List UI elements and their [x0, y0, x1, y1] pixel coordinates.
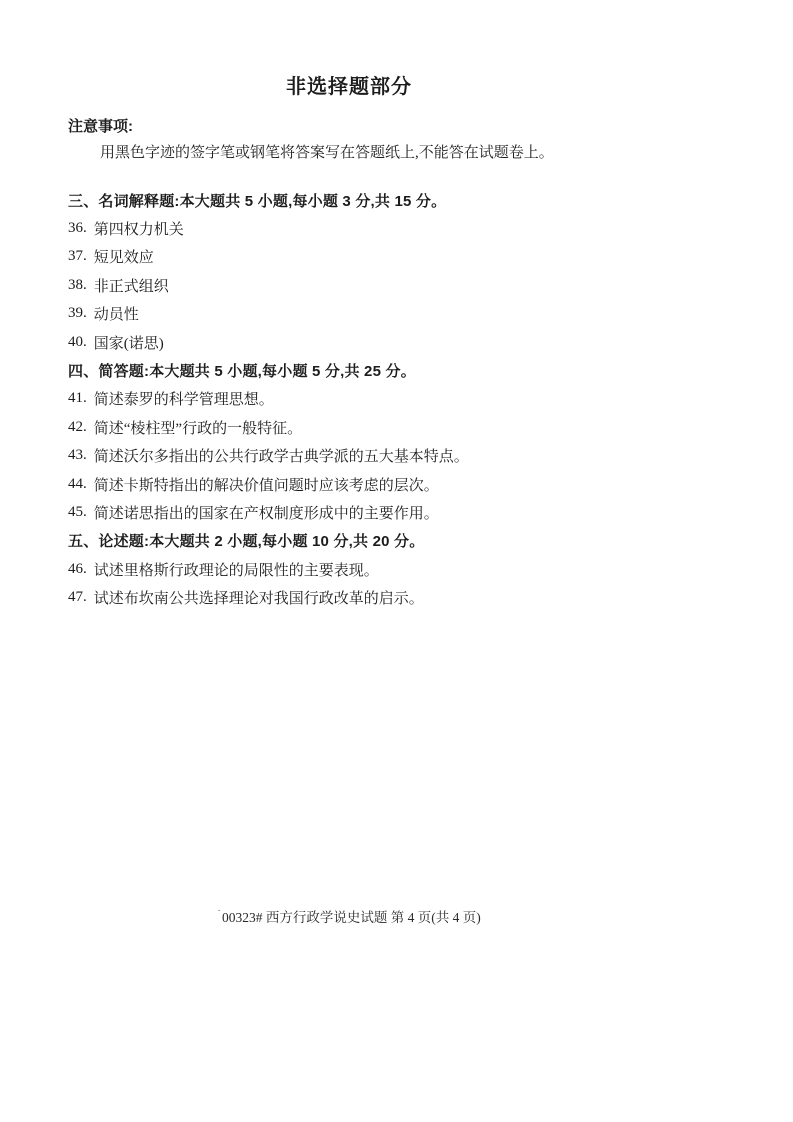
question-sections: 三、名词解释题:本大题共 5 小题,每小题 3 分,共 15 分。 36. 第四…	[68, 186, 630, 612]
question-text: 国家(诺思)	[94, 332, 164, 353]
question-item-40: 40. 国家(诺思)	[68, 328, 630, 356]
question-item-44: 44. 简述卡斯特指出的解决价值问题时应该考虑的层次。	[68, 470, 630, 498]
question-number: 39.	[68, 305, 87, 322]
question-number: 36.	[68, 220, 87, 237]
page-title: 非选择题部分	[68, 74, 630, 100]
question-text: 简述泰罗的科学管理思想。	[94, 388, 274, 409]
question-item-38: 38. 非正式组织	[68, 271, 630, 299]
question-text: 第四权力机关	[94, 218, 184, 239]
question-number: 47.	[68, 589, 87, 606]
question-text: 试述布坎南公共选择理论对我国行政改革的启示。	[94, 587, 424, 608]
notice-body: 用黑色字迹的签字笔或钢笔将答案写在答题纸上,不能答在试题卷上。	[68, 145, 630, 162]
question-item-46: 46. 试述里格斯行政理论的局限性的主要表现。	[68, 555, 630, 583]
question-number: 46.	[68, 561, 87, 578]
question-number: 37.	[68, 248, 87, 265]
question-text: 试述里格斯行政理论的局限性的主要表现。	[94, 559, 379, 580]
question-item-37: 37. 短见效应	[68, 243, 630, 271]
section-heading-5: 五、论述题:本大题共 2 小题,每小题 10 分,共 20 分。	[68, 527, 630, 555]
question-item-43: 43. 简述沃尔多指出的公共行政学古典学派的五大基本特点。	[68, 442, 630, 470]
question-text: 简述沃尔多指出的公共行政学古典学派的五大基本特点。	[94, 445, 469, 466]
question-number: 44.	[68, 476, 87, 493]
question-item-39: 39. 动员性	[68, 300, 630, 328]
question-text: 简述“棱柱型”行政的一般特征。	[94, 417, 302, 438]
question-item-47: 47. 试述布坎南公共选择理论对我国行政改革的启示。	[68, 583, 630, 611]
page-content: 非选择题部分 注意事项: 用黑色字迹的签字笔或钢笔将答案写在答题纸上,不能答在试…	[68, 0, 630, 612]
question-number: 40.	[68, 334, 87, 351]
section-heading-3: 三、名词解释题:本大题共 5 小题,每小题 3 分,共 15 分。	[68, 186, 630, 214]
question-text: 简述诺思指出的国家在产权制度形成中的主要作用。	[94, 502, 439, 523]
footer-text: 00323# 西方行政学说史试题 第 4 页(共 4 页)	[222, 910, 481, 925]
question-number: 43.	[68, 447, 87, 464]
question-text: 动员性	[94, 303, 139, 324]
question-item-42: 42. 简述“棱柱型”行政的一般特征。	[68, 413, 630, 441]
notice-heading: 注意事项:	[68, 118, 630, 135]
question-text: 非正式组织	[94, 275, 169, 296]
question-text: 短见效应	[94, 246, 154, 267]
question-item-45: 45. 简述诺思指出的国家在产权制度形成中的主要作用。	[68, 498, 630, 526]
question-number: 42.	[68, 419, 87, 436]
stray-scan-mark: ˙	[217, 906, 221, 922]
question-item-41: 41. 简述泰罗的科学管理思想。	[68, 385, 630, 413]
page-footer: ˙00323# 西方行政学说史试题 第 4 页(共 4 页)	[68, 906, 630, 926]
section-heading-4: 四、简答题:本大题共 5 小题,每小题 5 分,共 25 分。	[68, 356, 630, 384]
question-number: 38.	[68, 277, 87, 294]
question-number: 41.	[68, 390, 87, 407]
question-text: 简述卡斯特指出的解决价值问题时应该考虑的层次。	[94, 474, 439, 495]
question-number: 45.	[68, 504, 87, 521]
question-item-36: 36. 第四权力机关	[68, 214, 630, 242]
exam-paper-page: 非选择题部分 注意事项: 用黑色字迹的签字笔或钢笔将答案写在答题纸上,不能答在试…	[0, 0, 793, 1122]
